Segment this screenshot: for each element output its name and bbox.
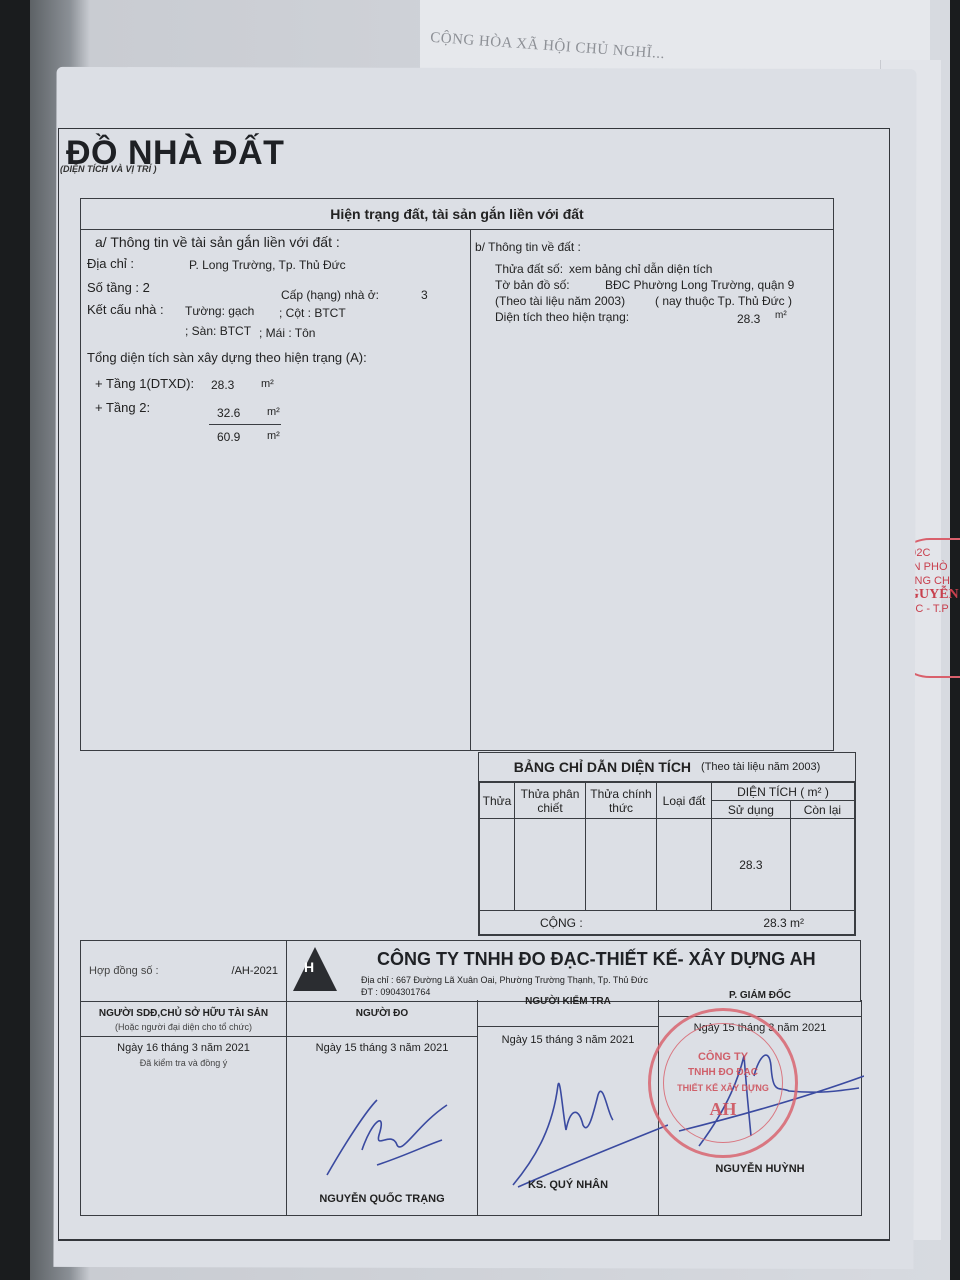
signatory-role: P. GIÁM ĐỐC [659,990,861,1001]
row-divider [287,1036,477,1037]
area-index-table: BẢNG CHỈ DẪN DIỆN TÍCH (Theo tài liệu nă… [478,752,856,936]
total-area-unit: m² [267,430,280,442]
structure-column: ; Cột : BTCT [279,306,346,320]
cell-phan-chiet [515,819,586,911]
col-header-su-dung: Sử dụng [712,801,791,819]
company-name: CÔNG TY TNHH ĐO ĐẠC-THIẾT KẾ- XÂY DỰNG A… [377,949,816,970]
signatory-name: NGUYỄN QUỐC TRẠNG [287,1193,477,1205]
signature-icon [317,1090,457,1180]
contract-number: Hợp đồng số : /AH-2021 [80,940,287,1002]
house-grade-value: 3 [421,288,428,302]
current-area-label: Diện tích theo hiện trạng: [495,310,629,324]
section-a-heading: a/ Thông tin về tài sản gắn liền với đất… [95,234,340,250]
signatory-surveyor: NGƯỜI ĐO Ngày 15 tháng 3 năm 2021 NGUYỄN… [287,1000,478,1215]
parcel-value: xem bảng chỉ dẫn diện tích [569,262,712,276]
table-row: 28.3 [480,819,855,911]
signatory-role: NGƯỜI ĐO [287,1008,477,1019]
row-divider [478,1026,658,1027]
address-label: Địa chỉ : [87,256,134,271]
company-logo-mark: H [299,959,319,987]
contract-value: /AH-2021 [232,965,278,977]
cell-chinh-thuc [586,819,657,911]
stamp-line: AH [651,1099,795,1120]
floor-1-label: + Tầng 1(DTXD): [95,376,194,391]
signatory-name: KS. QUÝ NHÂN [478,1179,658,1191]
floor-1-value: 28.3 [211,378,234,392]
source-note: (Theo tài liệu năm 2003) [495,294,625,308]
signatory-date: Ngày 15 tháng 3 năm 2021 [287,1042,477,1054]
signatory-role: NGƯỜI SDĐ,CHỦ SỞ HỮU TÀI SẢN [81,1008,286,1019]
section-b-land-info: b/ Thông tin về đất : Thửa đất số: xem b… [471,230,833,750]
map-sheet-value: BĐC Phường Long Trường, quận 9 [605,278,794,292]
stamp-line: THIẾT KẾ XÂY DỰNG [651,1083,795,1093]
address-value: P. Long Trường, Tp. Thủ Đức [189,258,346,272]
col-header-phan-chiet: Thửa phân chiết [515,783,586,819]
jurisdiction-note: ( nay thuộc Tp. Thủ Đức ) [655,294,792,308]
area-table-title: BẢNG CHỈ DẪN DIỆN TÍCH [514,759,691,775]
col-header-loai-dat: Loại đất [657,783,712,819]
total-label: CỘNG : [480,911,657,935]
total-area-value: 60.9 [217,430,240,444]
contract-label: Hợp đồng số : [89,965,159,977]
col-header-dien-tich: DIỆN TÍCH ( m² ) [712,783,855,801]
cell-thua [480,819,515,911]
cell-su-dung: 28.3 [712,819,791,911]
signature-icon [498,1055,668,1195]
structure-floor: ; Sàn: BTCT [185,324,251,338]
parcel-label: Thửa đất số: [495,262,563,276]
cell-con-lai [790,819,854,911]
structure-wall: Tường: gạch [185,304,254,318]
section-b-heading: b/ Thông tin về đất : [475,240,581,254]
property-form: Hiện trạng đất, tài sản gắn liền với đất… [80,198,834,751]
stamp-line: TNHH ĐO ĐẠC [651,1067,795,1078]
row-divider [81,1036,286,1037]
signatory-date: Ngày 16 tháng 3 năm 2021 [81,1042,286,1054]
stamp-line: CÔNG TY [651,1051,795,1063]
signatory-note: Đã kiểm tra và đồng ý [81,1058,286,1068]
document-subtitle: (DIỆN TÍCH VÀ VỊ TRÍ ) [60,164,157,174]
floor-2-value: 32.6 [217,406,240,420]
section-a-asset-info: a/ Thông tin về tài sản gắn liền với đất… [81,230,471,750]
company-seal-stamp: CÔNG TY TNHH ĐO ĐẠC THIẾT KẾ XÂY DỰNG AH [648,1008,798,1158]
signatory-inspector: NGƯỜI KIỂM TRA Ngày 15 tháng 3 năm 2021 … [478,1000,659,1215]
structure-roof: ; Mái : Tôn [259,326,315,340]
cell-loai-dat [657,819,712,911]
signatory-name: NGUYỄN HUỲNH [659,1163,861,1175]
map-sheet-label: Tờ bản đồ số: [495,278,570,292]
floors-count: Số tầng : 2 [87,280,150,295]
floor-2-label: + Tầng 2: [95,400,150,415]
signatory-owner: NGƯỜI SDĐ,CHỦ SỞ HỮU TÀI SẢN (Hoặc người… [81,1000,287,1215]
floor-2-unit: m² [267,406,280,418]
col-header-con-lai: Còn lại [790,801,854,819]
col-header-chinh-thuc: Thửa chính thức [586,783,657,819]
company-phone: ĐT : 0904301764 [361,987,430,997]
form-header: Hiện trạng đất, tài sản gắn liền với đất [81,199,833,230]
signatory-role: NGƯỜI KIỂM TRA [478,996,658,1007]
sum-divider [209,424,281,425]
total-floor-area-label: Tổng diện tích sàn xây dựng theo hiện tr… [87,350,367,365]
signatory-date: Ngày 15 tháng 3 năm 2021 [478,1034,658,1046]
signatory-role-note: (Hoặc người đại diện cho tổ chức) [81,1022,286,1032]
floor-1-unit: m² [261,378,274,390]
area-table-note: (Theo tài liệu năm 2003) [701,761,820,773]
house-grade-label: Cấp (hạng) nhà ở: [281,288,379,302]
structure-label: Kết cấu nhà : [87,302,164,317]
current-area-value: 28.3 [737,312,760,326]
total-value: 28.3 m² [657,911,855,935]
company-address: Địa chỉ : 667 Đường Lã Xuân Oai, Phường … [361,975,648,985]
current-area-unit: m² [775,310,787,321]
col-header-thua: Thửa [480,783,515,819]
